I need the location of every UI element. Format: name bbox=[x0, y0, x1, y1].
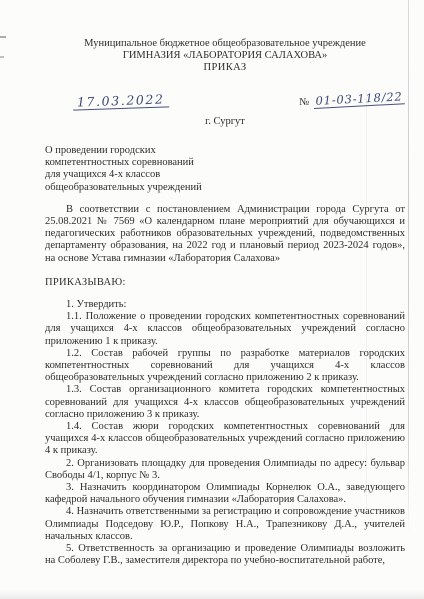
subject-line: О проведении городских bbox=[45, 145, 405, 157]
order-item: 1.2. Состав рабочей группы по разработке… bbox=[45, 348, 405, 385]
scan-speck bbox=[0, 56, 4, 58]
order-item: 1. Утвердить: bbox=[45, 299, 405, 311]
handwritten-number: 01-03-118/22 bbox=[313, 90, 405, 109]
subject-line: компетентностных соревнований bbox=[45, 157, 405, 169]
preamble-paragraph: В соответствии с постановлением Админист… bbox=[45, 204, 405, 265]
page-edge-line bbox=[408, 0, 409, 535]
order-document: Муниципальное бюджетное общеобразователь… bbox=[45, 38, 405, 567]
document-header: Муниципальное бюджетное общеобразователь… bbox=[45, 38, 405, 74]
order-item: 4. Назначить ответственными за регистрац… bbox=[45, 506, 405, 543]
order-item: 1.1. Положение о проведении городских ко… bbox=[45, 311, 405, 348]
order-item: 5. Ответственность за организацию и пров… bbox=[45, 543, 405, 567]
number-sign-label: № bbox=[299, 97, 309, 108]
order-items: 1. Утвердить: 1.1. Положение о проведени… bbox=[45, 299, 405, 567]
doc-type-title: ПРИКАЗ bbox=[45, 62, 405, 74]
subject-block: О проведении городских компетентностных … bbox=[45, 145, 405, 194]
date-number-row: 17.03.2022 № 01-03-118/22 bbox=[45, 89, 405, 109]
scan-bottom-shadow bbox=[0, 590, 424, 599]
handwritten-date: 17.03.2022 bbox=[73, 93, 169, 111]
org-name-line: Муниципальное бюджетное общеобразователь… bbox=[45, 38, 405, 50]
order-keyword: ПРИКАЗЫВАЮ: bbox=[45, 277, 405, 289]
subject-line: для учащихся 4-х классов bbox=[45, 169, 405, 181]
order-item: 2. Организовать площадку для проведения … bbox=[45, 458, 405, 482]
gymnasium-name-line: ГИМНАЗИЯ «ЛАБОРАТОРИЯ САЛАХОВА» bbox=[45, 50, 405, 62]
order-item: 1.3. Состав организационного комитета го… bbox=[45, 384, 405, 421]
city-line: г. Сургут bbox=[45, 116, 405, 128]
document-number: № 01-03-118/22 bbox=[299, 95, 405, 109]
order-item: 3. Назначить координатором Олимпиады Кор… bbox=[45, 482, 405, 506]
scan-speck bbox=[0, 36, 6, 38]
subject-line: общеобразовательных учреждений bbox=[45, 182, 405, 194]
order-item: 1.4. Состав жюри городских компетентност… bbox=[45, 421, 405, 458]
scanned-order-page: Муниципальное бюджетное общеобразователь… bbox=[0, 0, 424, 599]
